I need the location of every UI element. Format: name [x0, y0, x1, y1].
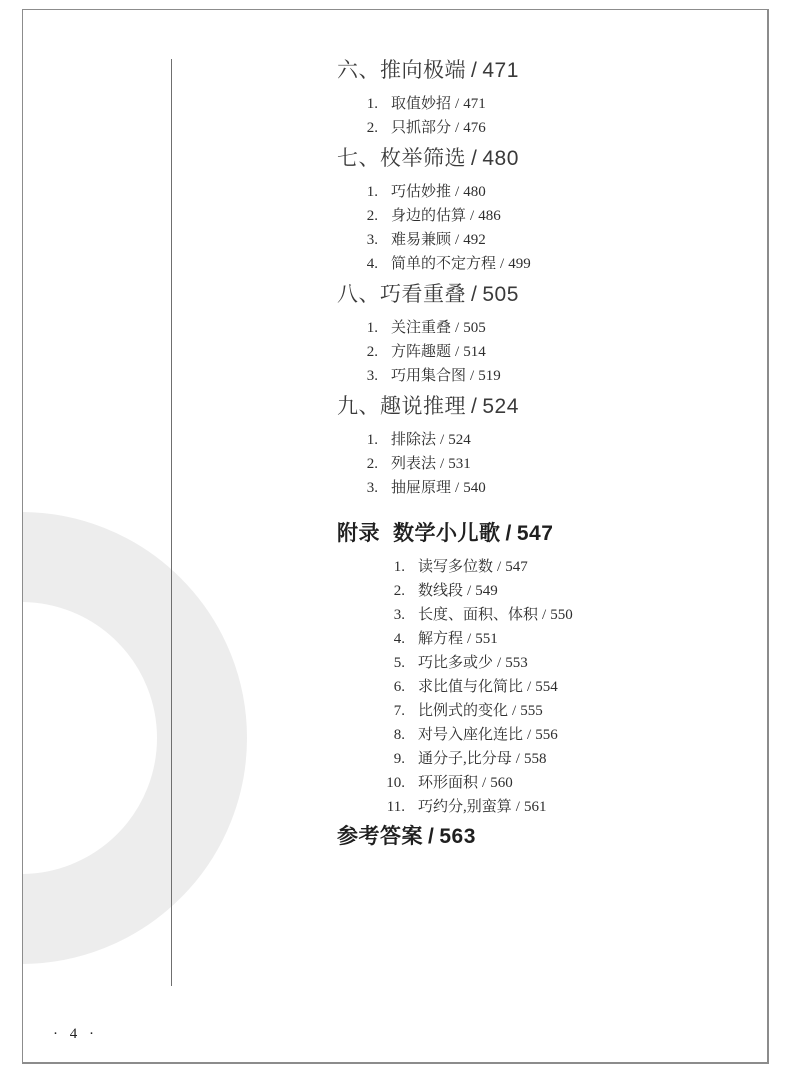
entry-page: 499 — [508, 256, 531, 272]
toc-section-6: 六、推向极端/471 1.取值妙招/471 2.只抓部分/476 — [337, 56, 747, 140]
entry-page: 505 — [463, 320, 486, 336]
entry-number: 8. — [375, 723, 405, 747]
entry-number: 3. — [348, 476, 378, 500]
entry-page: 551 — [475, 631, 498, 647]
section-page: 505 — [482, 283, 519, 306]
entry-number: 7. — [375, 699, 405, 723]
entry-title: 难易兼顾 — [391, 232, 451, 248]
toc-entry: 1.读写多位数/547 — [375, 555, 747, 579]
toc-entry: 8.对号入座化连比/556 — [375, 723, 747, 747]
separator-slash: / — [455, 480, 459, 496]
separator-slash: / — [527, 727, 531, 743]
answers-heading: 参考答案/563 — [337, 822, 747, 852]
entry-title: 列表法 — [391, 456, 436, 472]
section-heading: 七、枚举筛选/480 — [337, 144, 747, 174]
appendix-heading: 附录数学小儿歌/547 — [337, 519, 747, 549]
section-item-list: 1.读写多位数/547 2.数线段/549 3.长度、面积、体积/550 4.解… — [337, 555, 747, 819]
entry-page: 547 — [505, 559, 528, 575]
toc-entry: 5.巧比多或少/553 — [375, 651, 747, 675]
toc-entry: 3.难易兼顾/492 — [348, 228, 747, 252]
section-title: 数学小儿歌 — [393, 522, 501, 545]
toc-entry: 3.巧用集合图/519 — [348, 364, 747, 388]
book-page: 六、推向极端/471 1.取值妙招/471 2.只抓部分/476 七、枚举筛选/… — [22, 9, 769, 1064]
entry-number: 1. — [348, 92, 378, 116]
toc-entry: 1.排除法/524 — [348, 428, 747, 452]
separator-slash: / — [455, 320, 459, 336]
separator-slash: / — [471, 59, 477, 82]
separator-slash: / — [455, 232, 459, 248]
entry-title: 巧约分,别蛮算 — [418, 799, 512, 815]
separator-slash: / — [471, 283, 477, 306]
entry-title: 关注重叠 — [391, 320, 451, 336]
toc-entry: 2.方阵趣题/514 — [348, 340, 747, 364]
section-heading: 六、推向极端/471 — [337, 56, 747, 86]
section-page: 524 — [482, 395, 519, 418]
entry-number: 5. — [375, 651, 405, 675]
entry-title: 对号入座化连比 — [418, 727, 523, 743]
toc-entry: 3.抽屉原理/540 — [348, 476, 747, 500]
separator-slash: / — [467, 631, 471, 647]
table-of-contents: 六、推向极端/471 1.取值妙招/471 2.只抓部分/476 七、枚举筛选/… — [337, 10, 747, 852]
section-heading: 九、趣说推理/524 — [337, 392, 747, 422]
section-title: 八、巧看重叠 — [337, 283, 466, 306]
entry-number: 1. — [348, 428, 378, 452]
entry-number: 3. — [348, 228, 378, 252]
entry-number: 2. — [348, 452, 378, 476]
entry-number: 3. — [348, 364, 378, 388]
separator-slash: / — [470, 208, 474, 224]
entry-page: 550 — [550, 607, 573, 623]
separator-slash: / — [542, 607, 546, 623]
separator-slash: / — [527, 679, 531, 695]
entry-title: 抽屉原理 — [391, 480, 451, 496]
section-item-list: 1.排除法/524 2.列表法/531 3.抽屉原理/540 — [337, 428, 747, 500]
entry-number: 2. — [348, 204, 378, 228]
section-page: 547 — [517, 522, 554, 545]
entry-page: 549 — [475, 583, 498, 599]
entry-number: 10. — [375, 771, 405, 795]
entry-page: 476 — [463, 120, 486, 136]
separator-slash: / — [455, 120, 459, 136]
separator-slash: / — [471, 395, 477, 418]
entry-title: 比例式的变化 — [418, 703, 508, 719]
entry-number: 3. — [375, 603, 405, 627]
entry-title: 通分子,比分母 — [418, 751, 512, 767]
entry-number: 9. — [375, 747, 405, 771]
separator-slash: / — [470, 368, 474, 384]
entry-page: 480 — [463, 184, 486, 200]
entry-title: 只抓部分 — [391, 120, 451, 136]
toc-entry: 2.数线段/549 — [375, 579, 747, 603]
section-title: 参考答案 — [337, 825, 423, 848]
entry-page: 486 — [478, 208, 501, 224]
entry-page: 519 — [478, 368, 501, 384]
entry-number: 1. — [348, 180, 378, 204]
separator-slash: / — [497, 655, 501, 671]
separator-slash: / — [455, 184, 459, 200]
toc-section-answers: 参考答案/563 — [337, 822, 747, 852]
separator-slash: / — [467, 583, 471, 599]
entry-page: 531 — [448, 456, 471, 472]
page-number: · 4 · — [53, 1026, 98, 1043]
section-title: 七、枚举筛选 — [337, 147, 466, 170]
section-item-list: 1.取值妙招/471 2.只抓部分/476 — [337, 92, 747, 140]
section-title: 九、趣说推理 — [337, 395, 466, 418]
separator-slash: / — [428, 825, 434, 848]
toc-section-appendix: 附录数学小儿歌/547 1.读写多位数/547 2.数线段/549 3.长度、面… — [337, 519, 747, 819]
entry-page: 514 — [463, 344, 486, 360]
toc-entry: 1.取值妙招/471 — [348, 92, 747, 116]
entry-title: 环形面积 — [418, 775, 478, 791]
separator-slash: / — [455, 96, 459, 112]
toc-entry: 9.通分子,比分母/558 — [375, 747, 747, 771]
entry-title: 读写多位数 — [418, 559, 493, 575]
toc-entry: 2.身边的估算/486 — [348, 204, 747, 228]
appendix-prefix: 附录 — [337, 522, 380, 545]
toc-entry: 4.解方程/551 — [375, 627, 747, 651]
entry-number: 1. — [348, 316, 378, 340]
entry-number: 11. — [375, 795, 405, 819]
toc-entry: 11.巧约分,别蛮算/561 — [375, 795, 747, 819]
entry-title: 巧估妙推 — [391, 184, 451, 200]
entry-title: 方阵趣题 — [391, 344, 451, 360]
entry-title: 简单的不定方程 — [391, 256, 496, 272]
entry-page: 492 — [463, 232, 486, 248]
entry-number: 2. — [375, 579, 405, 603]
vertical-divider-line — [171, 59, 172, 986]
toc-entry: 10.环形面积/560 — [375, 771, 747, 795]
entry-number: 4. — [348, 252, 378, 276]
entry-title: 身边的估算 — [391, 208, 466, 224]
entry-title: 求比值与化简比 — [418, 679, 523, 695]
entry-page: 561 — [524, 799, 547, 815]
separator-slash: / — [506, 522, 512, 545]
toc-section-8: 八、巧看重叠/505 1.关注重叠/505 2.方阵趣题/514 3.巧用集合图… — [337, 280, 747, 388]
entry-title: 巧比多或少 — [418, 655, 493, 671]
toc-entry: 2.列表法/531 — [348, 452, 747, 476]
toc-section-9: 九、趣说推理/524 1.排除法/524 2.列表法/531 3.抽屉原理/54… — [337, 392, 747, 500]
section-item-list: 1.关注重叠/505 2.方阵趣题/514 3.巧用集合图/519 — [337, 316, 747, 388]
separator-slash: / — [471, 147, 477, 170]
separator-slash: / — [512, 703, 516, 719]
toc-entry: 1.巧估妙推/480 — [348, 180, 747, 204]
section-page: 563 — [439, 825, 476, 848]
entry-title: 数线段 — [418, 583, 463, 599]
section-heading: 八、巧看重叠/505 — [337, 280, 747, 310]
separator-slash: / — [440, 432, 444, 448]
entry-title: 排除法 — [391, 432, 436, 448]
toc-entry: 1.关注重叠/505 — [348, 316, 747, 340]
entry-title: 解方程 — [418, 631, 463, 647]
section-item-list: 1.巧估妙推/480 2.身边的估算/486 3.难易兼顾/492 4.简单的不… — [337, 180, 747, 276]
toc-section-7: 七、枚举筛选/480 1.巧估妙推/480 2.身边的估算/486 3.难易兼顾… — [337, 144, 747, 276]
entry-page: 555 — [520, 703, 543, 719]
separator-slash: / — [497, 559, 501, 575]
entry-title: 取值妙招 — [391, 96, 451, 112]
entry-page: 524 — [448, 432, 471, 448]
section-page: 480 — [482, 147, 519, 170]
toc-entry: 3.长度、面积、体积/550 — [375, 603, 747, 627]
toc-entry: 7.比例式的变化/555 — [375, 699, 747, 723]
entry-number: 4. — [375, 627, 405, 651]
entry-page: 560 — [490, 775, 513, 791]
separator-slash: / — [440, 456, 444, 472]
entry-page: 554 — [535, 679, 558, 695]
entry-number: 2. — [348, 340, 378, 364]
entry-page: 540 — [463, 480, 486, 496]
separator-slash: / — [482, 775, 486, 791]
section-title: 六、推向极端 — [337, 59, 466, 82]
section-page: 471 — [482, 59, 519, 82]
entry-page: 556 — [535, 727, 558, 743]
toc-entry: 4.简单的不定方程/499 — [348, 252, 747, 276]
entry-number: 6. — [375, 675, 405, 699]
separator-slash: / — [516, 799, 520, 815]
entry-number: 1. — [375, 555, 405, 579]
separator-slash: / — [455, 344, 459, 360]
decorative-ring — [22, 512, 247, 964]
entry-page: 553 — [505, 655, 528, 671]
separator-slash: / — [516, 751, 520, 767]
entry-number: 2. — [348, 116, 378, 140]
entry-page: 471 — [463, 96, 486, 112]
separator-slash: / — [500, 256, 504, 272]
entry-page: 558 — [524, 751, 547, 767]
entry-title: 长度、面积、体积 — [418, 607, 538, 623]
entry-title: 巧用集合图 — [391, 368, 466, 384]
toc-entry: 2.只抓部分/476 — [348, 116, 747, 140]
toc-entry: 6.求比值与化简比/554 — [375, 675, 747, 699]
